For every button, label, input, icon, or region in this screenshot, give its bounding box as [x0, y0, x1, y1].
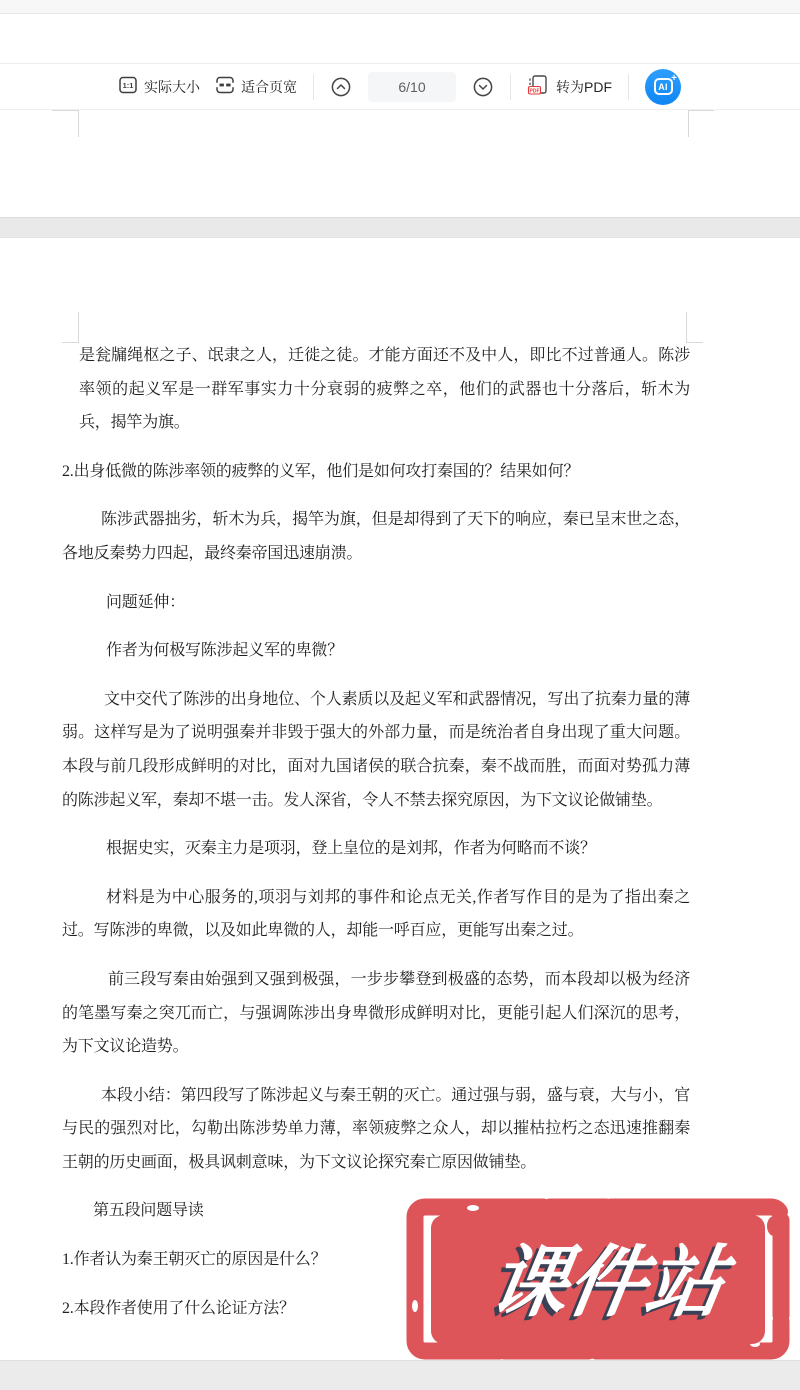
fit-width-button[interactable]: 适合页宽	[216, 76, 297, 97]
paragraph: 是瓮牖绳枢之子、氓隶之人，迁徙之徒。才能方面还不及中人，即比不过普通人。陈涉率领…	[62, 339, 690, 440]
crop-mark	[688, 110, 689, 137]
paragraph: 根据史实，灭秦主力是项羽，登上皇位的是刘邦，作者为何略而不谈？	[62, 832, 690, 866]
toolbar-divider	[510, 74, 511, 100]
previous-page-remnant	[0, 111, 800, 217]
page-gap	[0, 217, 800, 238]
toolbar-divider	[628, 74, 629, 100]
chevron-down-icon	[472, 76, 494, 98]
svg-text:PDF: PDF	[530, 88, 540, 94]
paragraph: 第五段问题导读	[62, 1194, 690, 1228]
convert-to-pdf-button[interactable]: PDF 转为PDF	[527, 74, 612, 99]
paragraph: 作者为何极写陈涉起义军的卑微？	[62, 634, 690, 668]
paragraph: 文中交代了陈涉的出身地位、个人素质以及起义军和武器情况，写出了抗秦力量的薄弱。这…	[62, 683, 690, 817]
page-indicator-value: 6/10	[398, 79, 425, 95]
paragraph: 1.作者认为秦王朝灭亡的原因是什么？	[62, 1243, 690, 1277]
actual-size-button[interactable]: 1:1 实际大小	[119, 76, 200, 97]
bottom-strip	[0, 1360, 800, 1390]
actual-size-icon: 1:1	[119, 76, 137, 97]
chevron-up-icon	[330, 76, 352, 98]
paragraph: 前三段写秦由始强到又强到极强，一步步攀登到极盛的态势，而本段却以极为经济的笔墨写…	[62, 963, 690, 1064]
document-viewer: 1:1 实际大小 适合页宽 6/10	[0, 0, 800, 1390]
paragraph: 陈涉武器拙劣，斩木为兵，揭竿为旗，但是却得到了天下的响应，秦已呈末世之态，各地反…	[62, 503, 690, 570]
fit-width-label: 适合页宽	[241, 77, 297, 97]
toolbar-divider	[313, 74, 314, 100]
page-indicator-input[interactable]: 6/10	[368, 72, 456, 102]
document-text: 是瓮牖绳枢之子、氓隶之人，迁徙之徒。才能方面还不及中人，即比不过普通人。陈涉率领…	[62, 339, 690, 1340]
viewer-toolbar: 1:1 实际大小 适合页宽 6/10	[0, 63, 800, 110]
paragraph: 问题延伸：	[62, 586, 690, 620]
pdf-file-icon: PDF	[527, 74, 549, 99]
actual-size-label: 实际大小	[144, 77, 200, 97]
ai-assistant-button[interactable]: AI +	[645, 69, 681, 105]
fit-width-icon	[216, 76, 234, 97]
ai-plus-icon: +	[671, 74, 677, 84]
paragraph: 材料是为中心服务的,项羽与刘邦的事件和论点无关,作者写作目的是为了指出秦之过。写…	[62, 881, 690, 948]
crop-mark	[52, 110, 78, 111]
svg-text:1:1: 1:1	[123, 81, 134, 90]
paragraph: 2.本段作者使用了什么论证方法？	[62, 1292, 690, 1326]
previous-page-button[interactable]	[330, 76, 352, 98]
crop-mark	[78, 110, 79, 137]
ai-icon: AI	[654, 78, 673, 95]
top-strip	[0, 0, 800, 14]
paragraph: 本段小结：第四段写了陈涉起义与秦王朝的灭亡。通过强与弱，盛与衰，大与小，官与民的…	[62, 1079, 690, 1180]
convert-to-pdf-label: 转为PDF	[556, 77, 612, 97]
paragraph: 2.出身低微的陈涉率领的疲弊的义军，他们是如何攻打秦国的？结果如何？	[62, 455, 690, 489]
crop-mark	[688, 110, 714, 111]
next-page-button[interactable]	[472, 76, 494, 98]
